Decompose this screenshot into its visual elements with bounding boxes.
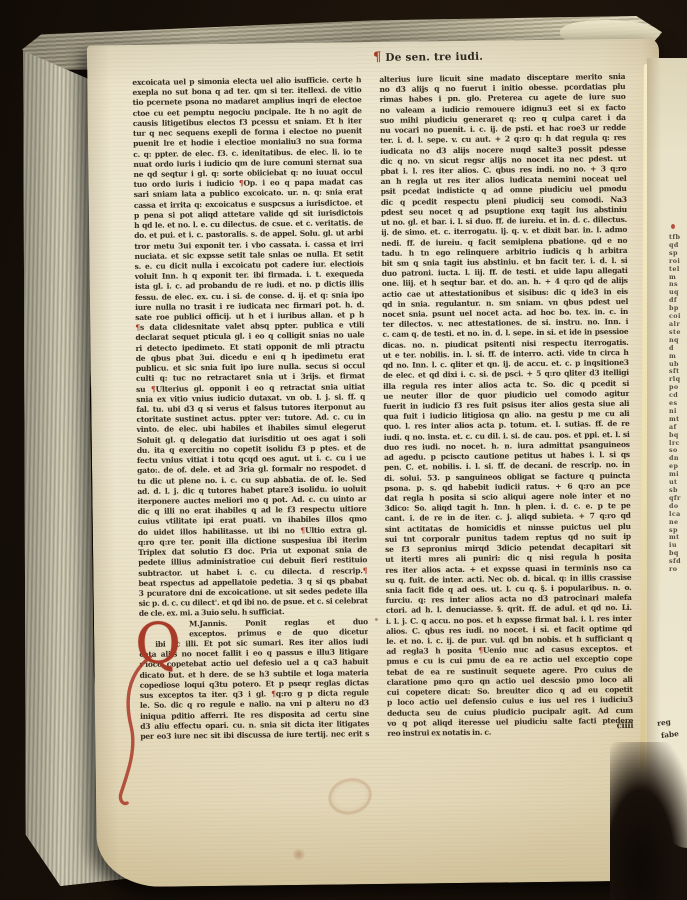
rubric-pilcrow-icon: ¶	[363, 566, 368, 575]
rubric-pilcrow-icon: ¶	[478, 646, 483, 655]
ink-speck	[375, 618, 378, 621]
text-column-right: alterius iure licuit sine madato discept…	[379, 72, 633, 739]
ink-speck	[258, 305, 260, 307]
adjacent-page-sliver: tfbqdsproitelmnsuqdfbpcoialrstenqdmubsft…	[647, 58, 687, 848]
edge-text-fragment: reg	[657, 717, 672, 728]
rubric-pilcrow-icon: ¶	[239, 179, 244, 188]
adjacent-page-edge-text: tfbqdsproitelmnsuqdfbpcoialrstenqdmubsft…	[669, 234, 681, 739]
rubric-pilcrow-icon: ¶	[151, 384, 156, 393]
rubric-pilcrow-icon: ¶	[300, 526, 305, 535]
signature-mark: ciiii	[563, 721, 633, 732]
drop-cap-tail-icon	[116, 653, 158, 813]
ring-stain	[324, 773, 376, 819]
running-header-title: De sen. tre iudi.	[385, 51, 483, 64]
text-line: per eo3 iure nec sit ibi discussa de iur…	[140, 729, 369, 742]
running-header: ¶ De sen. tre iudi.	[373, 48, 573, 65]
book-page: ¶ De sen. tre iudi. excoicata uel p simo…	[87, 39, 669, 888]
book-photograph: ¶ De sen. tre iudi. excoicata uel p simo…	[0, 0, 687, 900]
dot-stain	[293, 849, 305, 860]
header-pilcrow-icon: ¶	[373, 50, 382, 65]
edge-rubric-dot	[671, 224, 675, 229]
gutter-shadow	[610, 742, 687, 900]
rubric-pilcrow-icon: ¶	[135, 323, 140, 332]
rubric-pilcrow-icon: ¶	[271, 689, 276, 698]
